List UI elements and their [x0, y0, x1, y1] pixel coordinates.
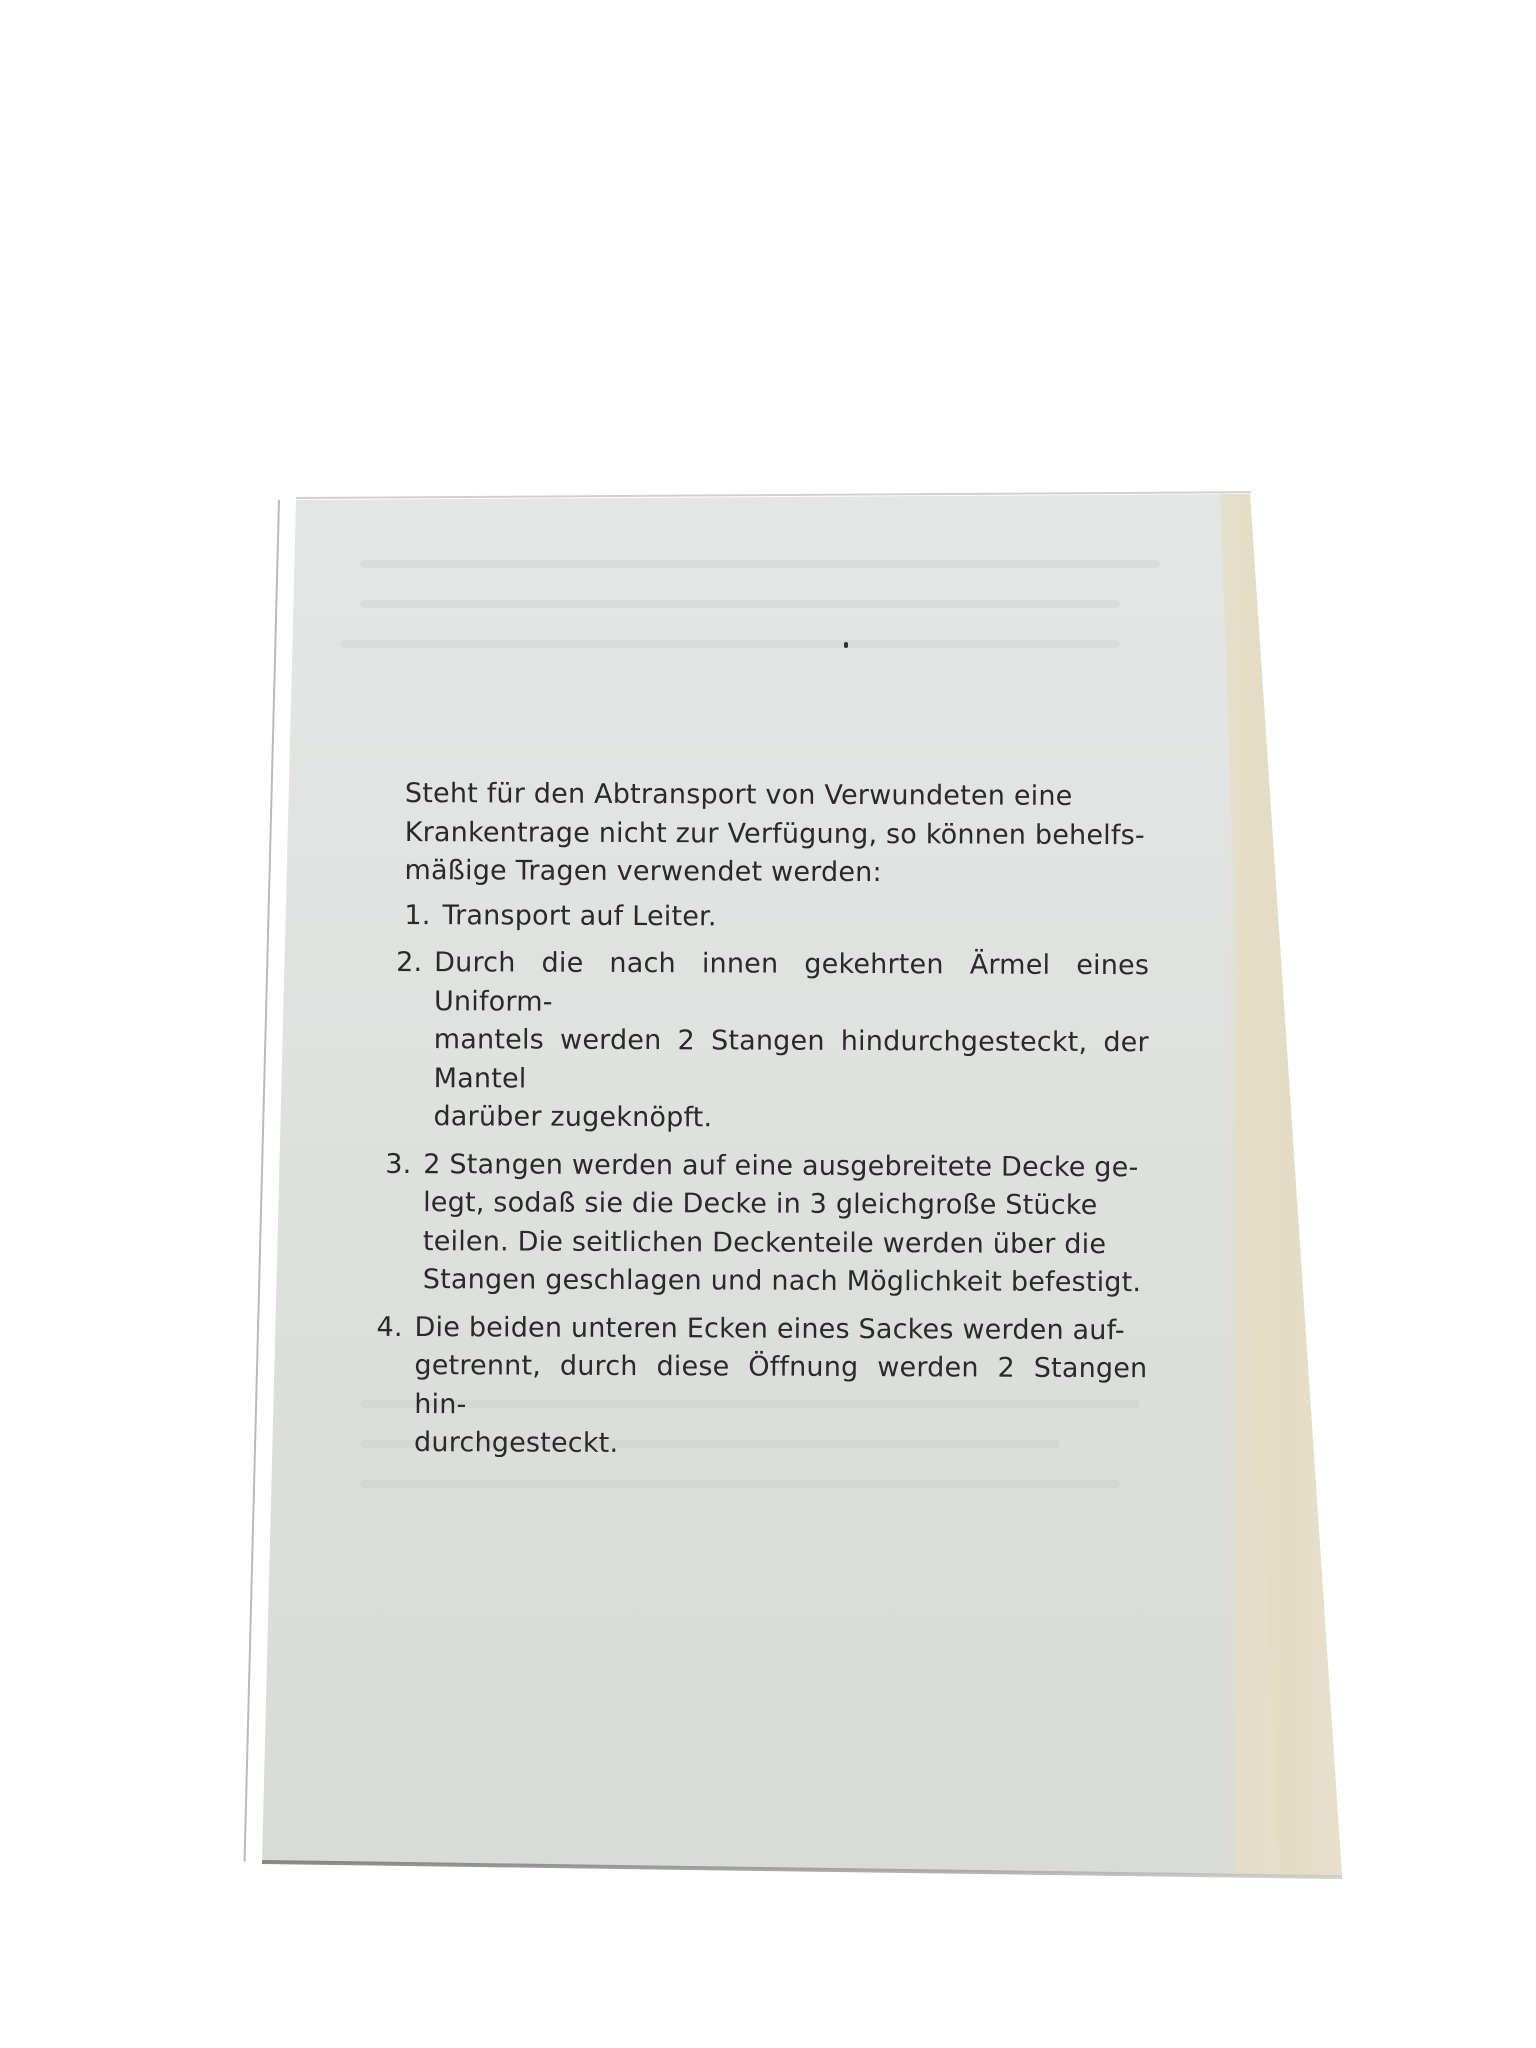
list-item: 4. Die beiden unteren Ecken eines Sackes… — [376, 1308, 1148, 1465]
list-line: mantels werden 2 Stangen hindurchgesteck… — [434, 1021, 1149, 1101]
list-line: Durch die nach innen gekehrten Ärmel ein… — [434, 944, 1149, 1024]
ink-speck — [844, 642, 848, 648]
list-line: durchgesteckt. — [414, 1424, 1147, 1466]
show-through-line — [360, 1480, 1120, 1488]
document-text: Steht für den Abtransport von Verwundete… — [402, 775, 1150, 1475]
list-number: 3. — [385, 1145, 424, 1299]
intro-paragraph: Steht für den Abtransport von Verwundete… — [404, 775, 1149, 894]
list-item: 3. 2 Stangen werden auf eine ausgebreite… — [385, 1145, 1149, 1302]
list-line: legt, sodaß sie die Decke in 3 gleichgro… — [423, 1184, 1148, 1226]
intro-line: Steht für den Abtransport von Verwundete… — [405, 775, 1150, 817]
list-number: 1. — [404, 896, 442, 935]
list-line: getrennt, durch diese Öffnung werden 2 S… — [414, 1347, 1147, 1427]
list-line: Stangen geschlagen und nach Möglichkeit … — [423, 1261, 1148, 1303]
show-through-line — [360, 560, 1160, 568]
list-line: teilen. Die seitlichen Deckenteile werde… — [423, 1223, 1148, 1265]
show-through-line — [340, 640, 1120, 648]
numbered-list: 1. Transport auf Leiter. 2. Durch die na… — [402, 896, 1149, 1465]
list-line: Die beiden unteren Ecken eines Sackes we… — [415, 1309, 1148, 1351]
list-item: 1. Transport auf Leiter. — [404, 896, 1149, 938]
list-line: darüber zugeknöpft. — [433, 1098, 1148, 1140]
intro-line: Krankentrage nicht zur Verfügung, so kön… — [405, 813, 1150, 855]
show-through-line — [360, 600, 1120, 608]
list-line: 2 Stangen werden auf eine ausgebreitete … — [423, 1146, 1148, 1188]
list-number: 2. — [395, 944, 434, 1137]
list-line: Transport auf Leiter. — [442, 897, 1149, 939]
intro-line: mäßige Tragen verwendet werden: — [404, 852, 1149, 894]
list-number: 4. — [376, 1308, 415, 1462]
list-item: 2. Durch die nach innen gekehrten Ärmel … — [395, 944, 1149, 1140]
